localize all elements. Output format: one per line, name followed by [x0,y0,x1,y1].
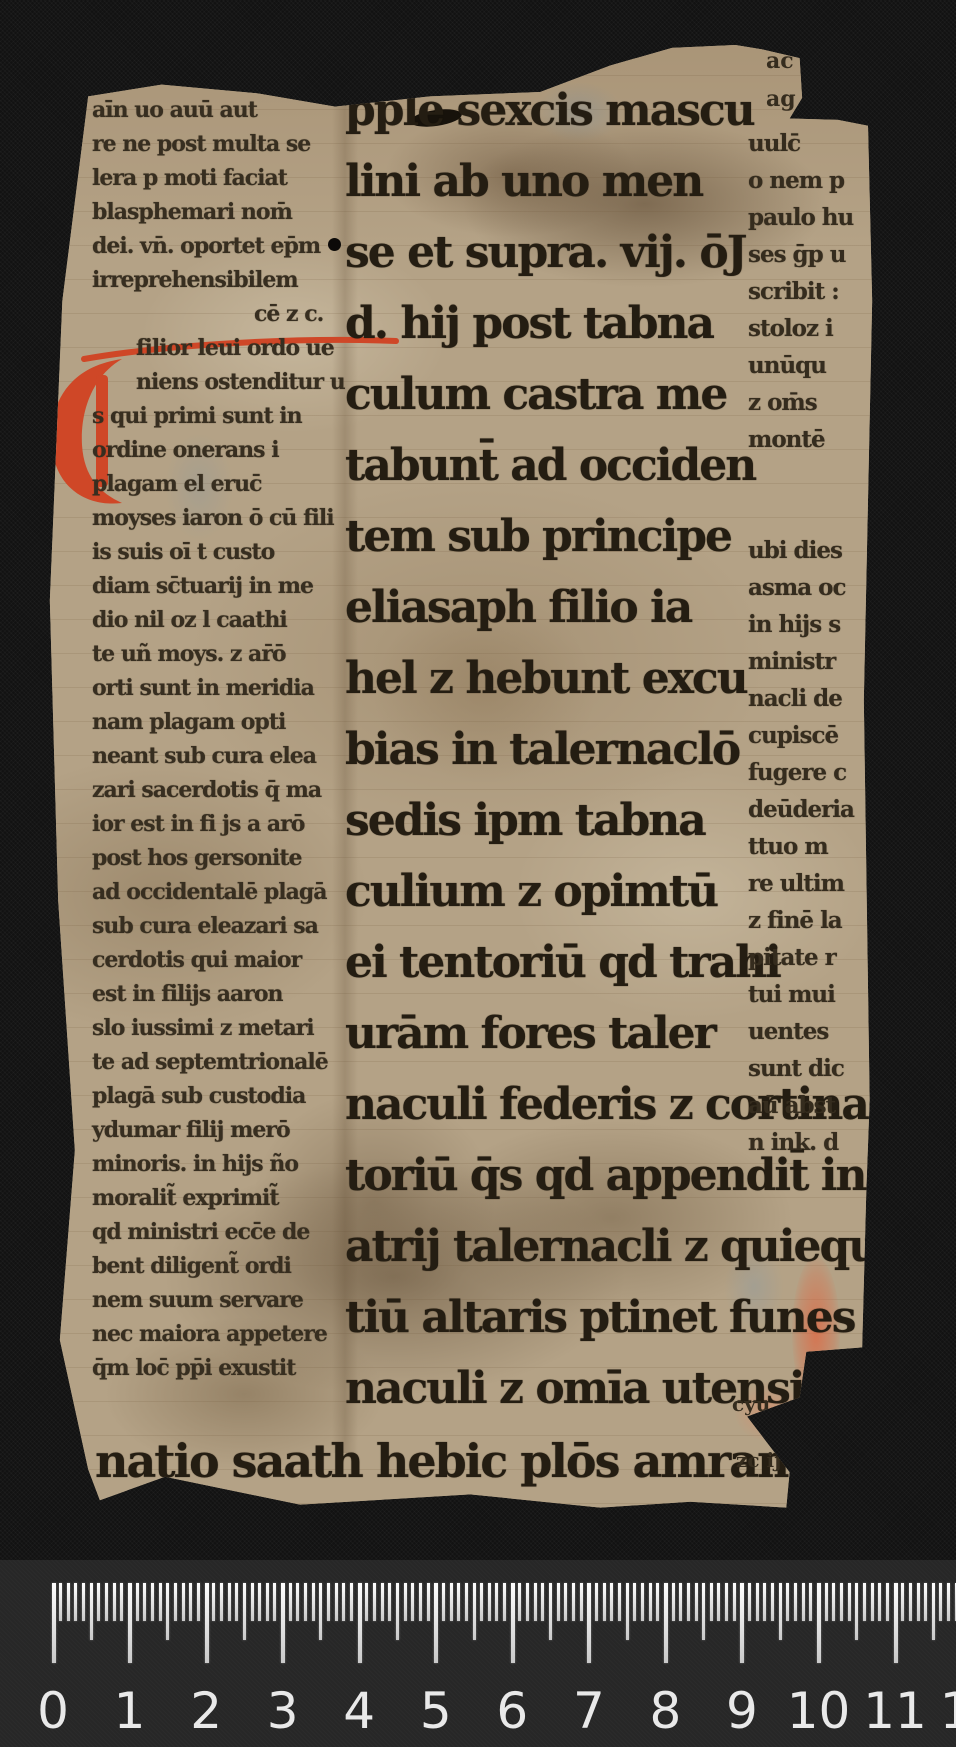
text-line: naculi federis z cortinas at [345,1079,949,1130]
ruler-number: 9 [726,1682,758,1740]
text-line: culium z opimtū [345,866,717,917]
text-line: tui mui [748,981,835,1008]
text-line: z finē la [748,907,842,934]
ruler-tick [450,1583,453,1621]
text-line: zari sacerdotis q̄ ma [92,777,321,803]
text-line: o nem p [748,167,844,194]
text-line: q̄m loc̄ pp̄i exustit [92,1355,295,1381]
ruler-tick [82,1583,85,1621]
ruler-tick [335,1583,338,1621]
text-line: filior leui ordo ue [136,335,334,361]
ruler-tick [771,1583,774,1621]
ruler-tick [541,1583,544,1621]
ruler-tick [717,1583,720,1621]
ruler-tick [740,1583,744,1663]
text-line: nec maiora appetere [92,1321,327,1347]
ruler-tick [587,1583,591,1663]
text-line: ydumar filij merō [92,1117,290,1143]
ruler-tick [511,1583,515,1663]
ruler-tick [228,1583,231,1621]
ruler-tick [182,1583,185,1621]
ruler-tick [626,1583,629,1640]
ruler-tick [610,1583,613,1621]
text-line: dei. vn̄. oportet ep̄m [92,233,320,259]
text-line: sunt dic [748,1055,844,1082]
ruler-tick [572,1583,575,1621]
ruler-tick [243,1583,246,1640]
ruler-tick [480,1583,483,1621]
text-line: eliasaph filio ia [345,582,691,633]
text-line: uulc̄ [748,130,800,157]
text-line: n ink. d [748,1129,838,1156]
ruler-tick [733,1583,736,1621]
ruler-tick [327,1583,330,1621]
ruler-tick [342,1583,345,1621]
ruler-tick [113,1583,116,1621]
ruler-tick [503,1583,506,1621]
text-line: te uñ moys. z ar̄ō [92,641,286,667]
ruler-tick [580,1583,583,1621]
text-line: sub cura eleazari sa [92,913,318,939]
ruler-tick [756,1583,759,1621]
ruler-tick [763,1583,766,1621]
ruler-number: 5 [420,1682,452,1740]
ruler-tick [832,1583,835,1621]
ruler-tick [863,1583,866,1621]
ruler-tick [465,1583,468,1621]
text-line: bias in talernaclō [345,724,739,775]
text-line: montē [748,426,825,453]
text-line: nacli de [748,685,842,712]
ruler-tick [74,1583,77,1621]
ruler-number: 6 [496,1682,528,1740]
ruler-tick [159,1583,162,1621]
text-line: post hos gersonite [92,845,302,871]
text-line: diam sc̄tuarij in me [92,573,313,599]
ruler-tick [786,1583,789,1621]
ruler-tick [312,1583,315,1621]
text-line: neant sub cura elea [92,743,316,769]
text-line: cyu [732,1392,770,1416]
ruler-number: 12 [940,1682,956,1740]
ruler-tick [848,1583,851,1621]
text-line: deūderia [748,796,854,823]
ruler-tick [901,1583,904,1621]
text-line: tem sub principe [345,511,731,562]
ruler-tick [564,1583,567,1621]
ruler-tick [633,1583,636,1621]
ruler-tick [809,1583,812,1621]
ruler-tick [59,1583,62,1621]
ruler-tick [120,1583,123,1621]
ruler-tick [932,1583,935,1640]
ruler-tick [603,1583,606,1621]
ruler-tick [878,1583,881,1621]
text-line: re ne post multa se [92,131,310,157]
ruler-tick [495,1583,498,1621]
ruler-tick [151,1583,154,1621]
text-line: toriū q̄s qd appendit̄ in int [345,1150,942,1201]
text-line: urām fores taler [345,1008,715,1059]
ruler-tick [235,1583,238,1621]
text-line: ses ḡp u [748,241,845,268]
ruler-tick [273,1583,276,1621]
ruler-tick [687,1583,690,1621]
text-line: tabunt̄ ad occiden [345,440,755,491]
text-line: unūqu [748,352,826,379]
text-line: cē z c. [254,301,323,327]
ruler-tick [618,1583,621,1621]
ruler-number: 1 [114,1682,146,1740]
wormhole-dot [328,238,341,251]
ruler-tick [802,1583,805,1621]
ruler-tick [855,1583,858,1640]
ruler-tick [434,1583,438,1663]
ruler-tick [518,1583,521,1621]
ruler-tick [817,1583,821,1663]
text-line: natio saath hebic plōs amram mazri [95,1434,954,1488]
ruler-number: 7 [573,1682,605,1740]
text-line: ordine onerans i [92,437,279,463]
text-line: uentes [748,1018,828,1045]
ruler-number: 11 [863,1682,927,1740]
ruler-tick [304,1583,307,1621]
ruler-tick [779,1583,782,1640]
ruler-tick [488,1583,491,1621]
text-line: hel z hebunt excu [345,653,747,704]
ruler-tick [909,1583,912,1621]
ruler-tick [166,1583,169,1640]
ruler-tick [886,1583,889,1621]
text-line: scribit : [748,278,839,305]
ruler-number: 10 [787,1682,851,1740]
ruler-tick [595,1583,598,1621]
ruler-tick [143,1583,146,1621]
text-line: paulo hu [748,204,853,231]
text-line: aū abst [748,1092,835,1119]
text-line: ag [766,86,796,112]
text-line: aīn uo auū aut [92,97,257,123]
text-line: plagā sub custodia [92,1083,305,1109]
ruler-tick [947,1583,950,1621]
ruler-number: 4 [343,1682,375,1740]
ruler-tick [825,1583,828,1621]
ruler: 0123456789101112 [0,1560,956,1747]
ruler-tick [281,1583,285,1663]
ruler-tick [748,1583,751,1621]
ruler-tick [67,1583,70,1621]
ruler-tick [128,1583,132,1663]
text-line: d. hij post tabna [345,298,713,349]
text-line: est in filijs aaron [92,981,283,1007]
ruler-tick [917,1583,920,1621]
text-line: z om̄s [748,389,817,416]
text-line: slo iussimi z metari [92,1015,314,1041]
text-line: moyses iaron ō cū fili [92,505,334,531]
text-line: minoris. in hijs ño [92,1151,298,1177]
ruler-tick [365,1583,368,1621]
ruler-tick [381,1583,384,1621]
text-line: stoloz i [748,315,833,342]
ruler-tick [871,1583,874,1621]
ruler-tick [105,1583,108,1621]
text-line: dio nil oz l caathi [92,607,287,633]
ruler-tick [90,1583,93,1640]
ruler-tick [212,1583,215,1621]
text-line: in hijs s [748,611,840,638]
ruler-tick [894,1583,898,1663]
ruler-tick [939,1583,942,1621]
ruler-tick [702,1583,705,1640]
text-line: pitate r [748,944,836,971]
text-line: re ultim [748,870,844,897]
ruler-tick [319,1583,322,1640]
ruler-tick [664,1583,668,1663]
text-line: asma oc [748,574,845,601]
ruler-tick [672,1583,675,1621]
ruler-tick [251,1583,254,1621]
text-line: ac [766,48,794,74]
text-line: zc ij [736,1448,781,1472]
ruler-tick [350,1583,353,1621]
ruler-tick [97,1583,100,1621]
text-line: fugere c [748,759,846,786]
text-line: orti sunt in meridia [92,675,314,701]
ruler-tick [373,1583,376,1621]
text-line: sedis ipm tabna [345,795,705,846]
ruler-tick [695,1583,698,1621]
ruler-tick [924,1583,927,1621]
text-line: blasphemari nom̄ [92,199,292,225]
text-line: ministr [748,648,835,675]
ruler-tick [396,1583,399,1640]
ruler-tick [289,1583,292,1621]
ruler-tick [296,1583,299,1621]
ruler-tick [136,1583,139,1621]
ruler-tick [641,1583,644,1621]
ruler-tick [840,1583,843,1621]
ruler-tick [710,1583,713,1621]
ruler-tick [197,1583,200,1621]
text-line: te ad septemtrionalē [92,1049,328,1075]
text-line: ei tentoriū qd trahi [345,937,780,988]
ruler-tick [457,1583,460,1621]
text-line: nem suum servare [92,1287,303,1313]
ruler-tick [549,1583,552,1640]
text-line: atrij talernacli z quiequi [345,1221,893,1272]
ruler-tick [649,1583,652,1621]
ruler-tick [174,1583,177,1621]
ruler-number: 2 [190,1682,222,1740]
text-line: lera p moti faciat [92,165,287,191]
ruler-tick [534,1583,537,1621]
ruler-tick [557,1583,560,1621]
ruler-tick [656,1583,659,1621]
ruler-tick [388,1583,391,1621]
text-line: niens ostenditur u [136,369,345,395]
text-line: ubi dies [748,537,842,564]
ruler-tick [404,1583,407,1621]
ruler-number: 3 [267,1682,299,1740]
ruler-tick [442,1583,445,1621]
parchment-fragment: aīn uo auū autre ne post multa selera p … [44,42,878,1512]
text-line: qd ministri ecc̄e de [92,1219,309,1245]
text-line: nam plagam opti [92,709,285,735]
ruler-number: 0 [37,1682,69,1740]
text-line: bent diligent̃ ordi [92,1253,291,1279]
ruler-tick [679,1583,682,1621]
ruler-tick [427,1583,430,1621]
ruler-tick [473,1583,476,1640]
text-line: ior est in fi js a arō [92,811,304,837]
text-line: cerdotis qui maior [92,947,301,973]
text-line: cupiscē [748,722,838,749]
text-line: irreprehensibilem [92,267,298,293]
text-line: is suis oī t custo [92,539,274,565]
ruler-tick [725,1583,728,1621]
ruler-tick [526,1583,529,1621]
ruler-tick [266,1583,269,1621]
ruler-number: 8 [649,1682,681,1740]
text-line: culum castra me [345,369,726,420]
ruler-tick [205,1583,209,1663]
ruler-tick [419,1583,422,1621]
ruler-tick [52,1583,56,1663]
text-line: lini ab uno men [345,156,702,207]
ruler-tick [794,1583,797,1621]
text-line: se et supra. vij. ōJ [345,227,746,278]
text-line: ttuo m [748,833,828,860]
ruler-tick [411,1583,414,1621]
text-line: moralit̃ exprimit̃ [92,1185,279,1211]
text-line: ad occidentalē plagā [92,879,327,905]
text-line: tiū altaris ptinet funes [345,1292,855,1343]
text-line: s qui primi sunt in [92,403,302,429]
ruler-tick [258,1583,261,1621]
ruler-tick [220,1583,223,1621]
text-line: plagam el eruc̄ [92,471,262,497]
text-line: pplē sexcis mascu [345,85,754,136]
ruler-tick [189,1583,192,1621]
photographed-manuscript-scene: aīn uo auū autre ne post multa selera p … [0,0,956,1747]
ruler-tick [358,1583,362,1663]
